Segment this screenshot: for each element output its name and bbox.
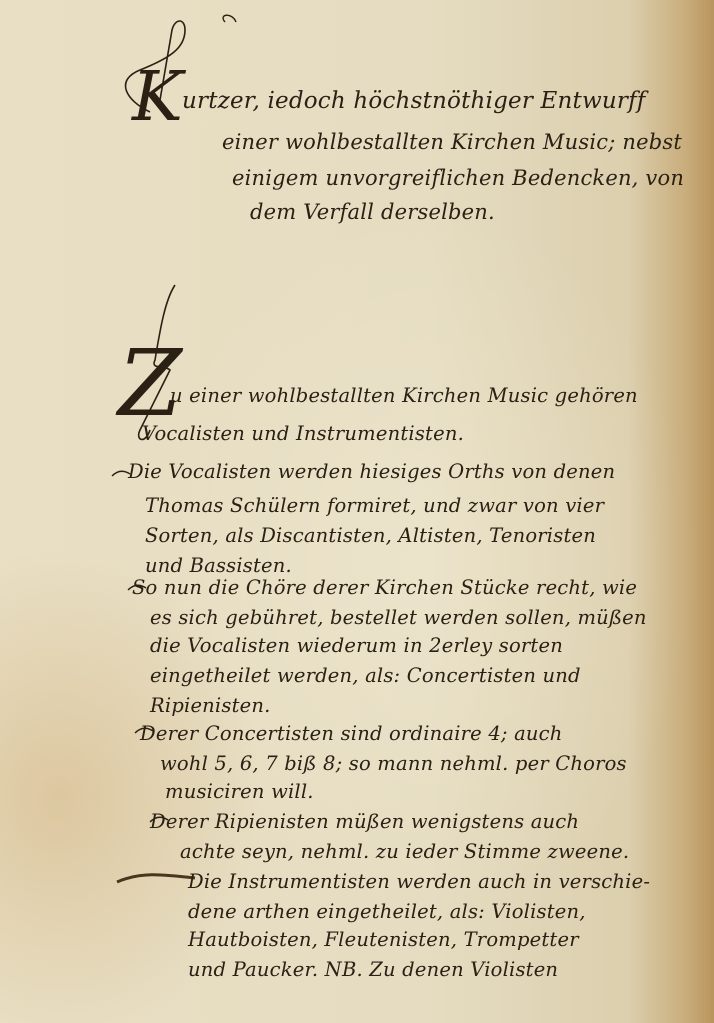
body-line-4: Thomas Schülern formiret, und zwar von v…	[145, 494, 604, 517]
body-line-8: es sich gebühret, bestellet werden solle…	[150, 606, 647, 629]
body-line-6: und Bassisten.	[145, 554, 292, 577]
body-line-9: die Vocalisten wiederum in 2erley sorten	[150, 634, 563, 657]
title-line-3: einigem unvorgreiflichen Bedencken, von	[232, 166, 684, 190]
body-line-1: u einer wohlbestallten Kirchen Music geh…	[170, 384, 638, 407]
body-line-12: Derer Concertisten sind ordinaire 4; auc…	[140, 722, 563, 745]
body-line-5: Sorten, als Discantisten, Altisten, Teno…	[145, 524, 596, 547]
body-line-19: Hautboisten, Fleutenisten, Trompetter	[188, 928, 579, 951]
title-initial: K	[132, 58, 183, 137]
body-line-7: So nun die Chöre derer Kirchen Stücke re…	[132, 576, 637, 599]
manuscript-page: K urtzer, iedoch höchstnöthiger Entwurff…	[0, 0, 714, 1023]
title-line-2: einer wohlbestallten Kirchen Music; nebs…	[222, 130, 682, 154]
body-line-17: Die Instrumentisten werden auch in versc…	[188, 870, 650, 893]
body-line-10: eingetheilet werden, als: Concertisten u…	[150, 664, 581, 687]
body-line-13: wohl 5, 6, 7 biß 8; so mann nehml. per C…	[160, 752, 627, 775]
title-line-4: dem Verfall derselben.	[250, 200, 495, 224]
body-line-20: und Paucker. NB. Zu denen Violisten	[188, 958, 558, 981]
title-line-1: urtzer, iedoch höchstnöthiger Entwurff	[182, 88, 646, 114]
body-line-15: Derer Ripienisten müßen wenigstens auch	[150, 810, 579, 833]
body-line-16: achte seyn, nehml. zu ieder Stimme zween…	[180, 840, 629, 863]
body-line-3: Die Vocalisten werden hiesiges Orths von…	[128, 460, 615, 483]
body-line-2: Vocalisten und Instrumentisten.	[142, 422, 464, 445]
body-line-18: dene arthen eingetheilet, als: Violisten…	[188, 900, 586, 923]
body-line-11: Ripienisten.	[150, 694, 271, 717]
body-line-14: musiciren will.	[165, 780, 314, 803]
